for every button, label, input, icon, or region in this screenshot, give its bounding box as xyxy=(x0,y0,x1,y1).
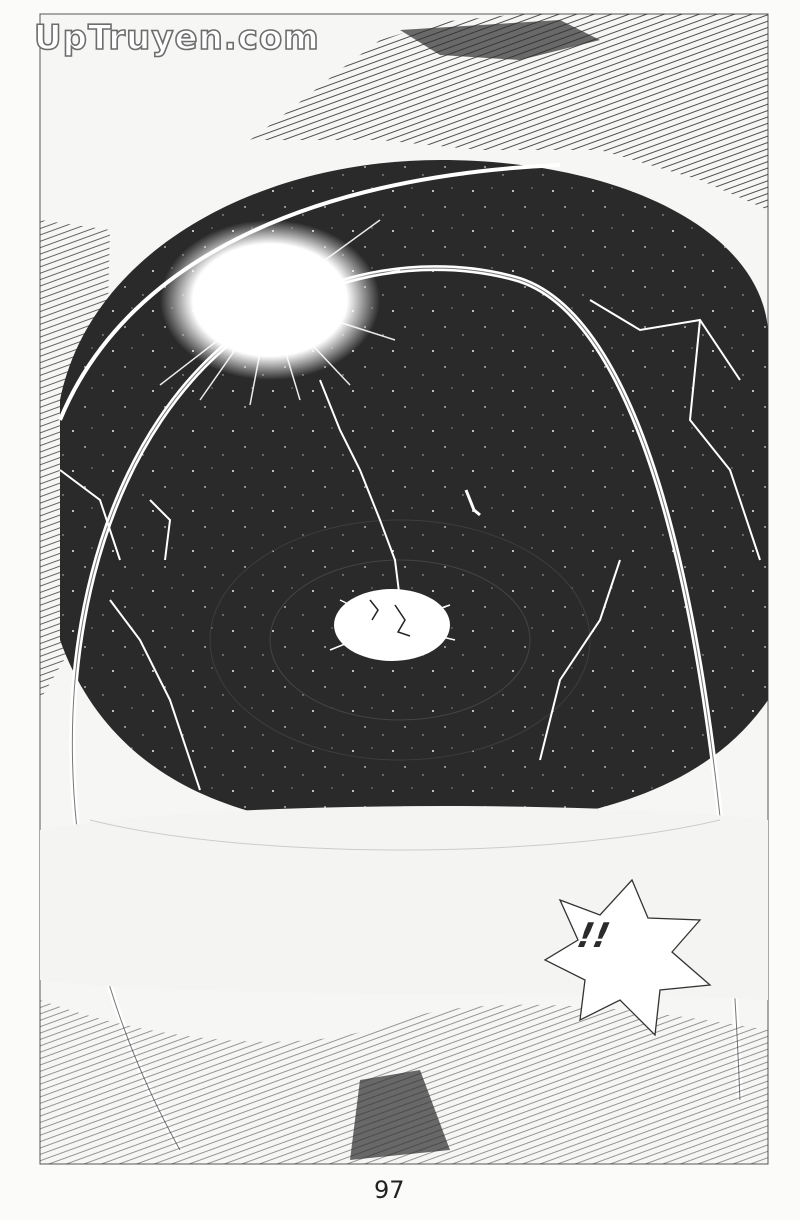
manga-page: UpTruyen.com !! 97 xyxy=(0,0,800,1220)
page-number: 97 xyxy=(374,1176,405,1204)
watermark: UpTruyen.com xyxy=(34,18,320,58)
manga-panel-illustration xyxy=(0,0,800,1220)
